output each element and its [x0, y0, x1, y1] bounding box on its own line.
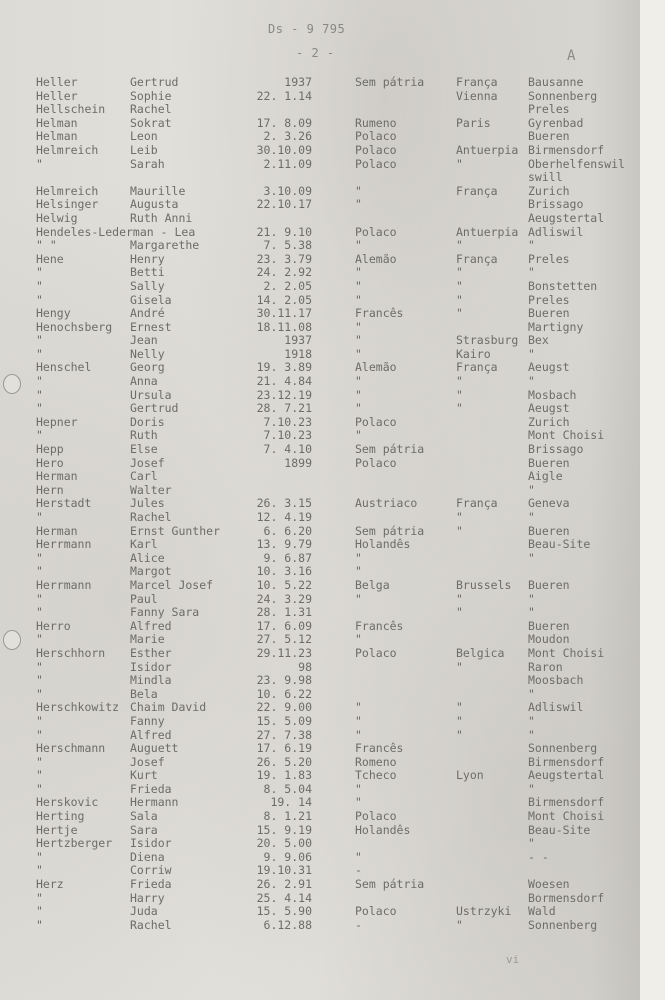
table-row: "Harry25. 4.14Bormensdorf — [0, 892, 640, 906]
first-name-cell: Frieda — [130, 878, 172, 892]
table-row: HelmanSokrat17. 8.09RumenoParisGyrenbad — [0, 117, 640, 131]
birth-date-cell: 6.12.88 — [200, 919, 312, 933]
first-name-cell: Leon — [130, 130, 158, 144]
nationality-cell: Romeno — [355, 756, 397, 770]
residence-cell: Kairo — [456, 348, 491, 362]
birth-date-cell: 19.10.31 — [200, 864, 312, 878]
nationality-cell: - — [355, 864, 362, 878]
nationality-cell: " — [355, 348, 362, 362]
birth-date-cell: 28. 1.31 — [200, 606, 312, 620]
table-row: HertingSala8. 1.21PolacoMont Choisi — [0, 810, 640, 824]
first-name-cell: Doris — [130, 416, 165, 430]
first-name-cell: Anna — [130, 375, 158, 389]
birth-date-cell: 20. 5.00 — [200, 837, 312, 851]
residence-cell: " — [456, 389, 463, 403]
table-row: "Nelly1918"Kairo" — [0, 348, 640, 362]
table-row: " "Margarethe7. 5.38""" — [0, 239, 640, 253]
table-row: HernWalter" — [0, 484, 640, 498]
birth-date-cell: 21. 4.84 — [200, 375, 312, 389]
surname-cell: " — [36, 729, 43, 743]
table-row: HerstadtJules26. 3.15AustriacoFrançaGene… — [0, 497, 640, 511]
first-name-cell: Harry — [130, 892, 165, 906]
swiss-location-cell: Bueren — [528, 457, 570, 471]
surname-cell: Hertzberger — [36, 837, 112, 851]
swiss-location-cell: Beau-Site — [528, 824, 590, 838]
swiss-location-cell: Bonstetten — [528, 280, 597, 294]
table-row: HellscheinRachelPreles — [0, 103, 640, 117]
swiss-location-cell: Brissago — [528, 443, 583, 457]
birth-date-cell: 17. 8.09 — [200, 117, 312, 131]
surname-cell: " — [36, 715, 43, 729]
nationality-cell: " — [355, 729, 362, 743]
surname-cell: " — [36, 905, 43, 919]
table-row: "Gisela14. 2.05""Preles — [0, 294, 640, 308]
birth-date-cell: 19. 1.83 — [200, 769, 312, 783]
first-name-cell: Sally — [130, 280, 165, 294]
surname-cell: Herman — [36, 470, 78, 484]
surname-cell: " — [36, 375, 43, 389]
swiss-location-cell: Aigle — [528, 470, 563, 484]
surname-cell: Helman — [36, 117, 78, 131]
first-name-cell: Kurt — [130, 769, 158, 783]
swiss-location-cell: Adliswil — [528, 701, 583, 715]
residence-cell: França — [456, 185, 498, 199]
table-row: HelwigRuth AnniAeugstertal — [0, 212, 640, 226]
nationality-cell: Francês — [355, 742, 403, 756]
birth-date-cell: 26. 3.15 — [200, 497, 312, 511]
birth-date-cell: 8. 1.21 — [200, 810, 312, 824]
birth-date-cell: 1937 — [200, 334, 312, 348]
surname-cell: " — [36, 429, 43, 443]
page-number: - 2 - — [296, 46, 335, 60]
nationality-cell: " — [355, 239, 362, 253]
table-row: "Corriw19.10.31- — [0, 864, 640, 878]
birth-date-cell: 15. 5.90 — [200, 905, 312, 919]
birth-date-cell: 10. 3.16 — [200, 565, 312, 579]
surname-cell: Herschkowitz — [36, 701, 119, 715]
birth-date-cell: 1937 — [200, 76, 312, 90]
surname-cell: " — [36, 606, 43, 620]
table-row: "Diena9. 9.06"- - — [0, 851, 640, 865]
swiss-location-cell: " — [528, 837, 535, 851]
residence-cell: " — [456, 511, 463, 525]
surname-cell: Hellschein — [36, 103, 105, 117]
surname-cell: Hero — [36, 457, 64, 471]
first-name-cell: Ernest — [130, 321, 172, 335]
residence-cell: " — [456, 701, 463, 715]
table-row: HeppElse7. 4.10Sem pátriaBrissago — [0, 443, 640, 457]
birth-date-cell: 2. 3.26 — [200, 130, 312, 144]
surname-cell: " — [36, 389, 43, 403]
first-name-cell: Fanny Sara — [130, 606, 199, 620]
residence-cell: França — [456, 497, 498, 511]
first-name-cell: Josef — [130, 756, 165, 770]
birth-date-cell: 3.10.09 — [200, 185, 312, 199]
residence-cell: " — [456, 729, 463, 743]
table-row: "Betti24. 2.92""" — [0, 266, 640, 280]
table-row: HerschmannAuguett17. 6.19FrancêsSonnenbe… — [0, 742, 640, 756]
first-name-cell: Corriw — [130, 864, 172, 878]
surname-cell: Hern — [36, 484, 64, 498]
table-row: HelsingerAugusta22.10.17"Brissago — [0, 198, 640, 212]
name-list: HellerGertrud1937Sem pátriaFrançaBausann… — [0, 76, 640, 932]
birth-date-cell: 23. 9.98 — [200, 674, 312, 688]
surname-cell: Helsinger — [36, 198, 98, 212]
first-name-cell: Betti — [130, 266, 165, 280]
nationality-cell: " — [355, 389, 362, 403]
surname-cell: Hepner — [36, 416, 78, 430]
nationality-cell: " — [355, 715, 362, 729]
table-row: "Josef26. 5.20RomenoBirmensdorf — [0, 756, 640, 770]
birth-date-cell: 19. 14 — [200, 796, 312, 810]
nationality-cell: Tcheco — [355, 769, 397, 783]
swiss-location-cell: Birmensdorf — [528, 756, 604, 770]
swiss-location-cell: Zurich — [528, 185, 570, 199]
swiss-location-cell: " — [528, 348, 535, 362]
birth-date-cell: 10. 5.22 — [200, 579, 312, 593]
first-name-cell: Juda — [130, 905, 158, 919]
surname-cell: " — [36, 688, 43, 702]
table-row: HermanErnst Gunther6. 6.20Sem pátria"Bue… — [0, 525, 640, 539]
table-row: swill — [0, 171, 640, 185]
table-row: "Gertrud28. 7.21""Aeugst — [0, 402, 640, 416]
swiss-location-cell: Mont Choisi — [528, 647, 604, 661]
surname-cell: Helwig — [36, 212, 78, 226]
surname-cell: " — [36, 266, 43, 280]
table-row: Hendeles-Lederman - Lea21. 9.10PolacoAnt… — [0, 226, 640, 240]
first-name-cell: Nelly — [130, 348, 165, 362]
swiss-location-cell: Martigny — [528, 321, 583, 335]
table-row: "Alice9. 6.87"" — [0, 552, 640, 566]
nationality-cell: Polaco — [355, 647, 397, 661]
birth-date-cell: 30.10.09 — [200, 144, 312, 158]
surname-cell: " " — [36, 239, 57, 253]
table-row: "Bela10. 6.22" — [0, 688, 640, 702]
birth-date-cell: 6. 6.20 — [200, 525, 312, 539]
swiss-location-cell: Moosbach — [528, 674, 583, 688]
birth-date-cell: 7.10.23 — [200, 429, 312, 443]
birth-date-cell: 7.10.23 — [200, 416, 312, 430]
surname-cell: Herrmann — [36, 579, 91, 593]
swiss-location-cell: Birmensdorf — [528, 796, 604, 810]
birth-date-cell: 28. 7.21 — [200, 402, 312, 416]
swiss-location-cell: Sonnenberg — [528, 742, 597, 756]
nationality-cell: " — [355, 198, 362, 212]
first-name-cell: Augusta — [130, 198, 178, 212]
first-name-cell: Sophie — [130, 90, 172, 104]
surname-cell: Hengy — [36, 307, 71, 321]
residence-cell: Strasburg — [456, 334, 518, 348]
first-name-cell: Paul — [130, 593, 158, 607]
nationality-cell: Austriaco — [355, 497, 417, 511]
birth-date-cell: 23. 3.79 — [200, 253, 312, 267]
nationality-cell: Holandês — [355, 824, 410, 838]
first-name-cell: Alfred — [130, 729, 172, 743]
first-name-cell: Frieda — [130, 783, 172, 797]
surname-cell: " — [36, 756, 43, 770]
first-name-cell: Isidor — [130, 661, 172, 675]
residence-cell: " — [456, 266, 463, 280]
first-name-cell: Ruth Anni — [130, 212, 192, 226]
residence-cell: França — [456, 361, 498, 375]
birth-date-cell: 14. 2.05 — [200, 294, 312, 308]
birth-date-cell: 22. 9.00 — [200, 701, 312, 715]
nationality-cell: Polaco — [355, 226, 397, 240]
nationality-cell: " — [355, 796, 362, 810]
first-name-cell: Jules — [130, 497, 165, 511]
table-row: "Ruth7.10.23"Mont Choisi — [0, 429, 640, 443]
first-name-cell: Fanny — [130, 715, 165, 729]
surname-cell: Herro — [36, 620, 71, 634]
swiss-location-cell: " — [528, 606, 535, 620]
surname-cell: Hendeles-Lederman - Lea — [36, 226, 195, 240]
table-row: "Alfred27. 7.38""" — [0, 729, 640, 743]
nationality-cell: Sem pátria — [355, 443, 424, 457]
nationality-cell: Polaco — [355, 130, 397, 144]
swiss-location-cell: Adliswil — [528, 226, 583, 240]
residence-cell: " — [456, 606, 463, 620]
residence-cell: França — [456, 253, 498, 267]
birth-date-cell: 7. 5.38 — [200, 239, 312, 253]
nationality-cell: Sem pátria — [355, 878, 424, 892]
first-name-cell: Rachel — [130, 511, 172, 525]
first-name-cell: Henry — [130, 253, 165, 267]
residence-cell: " — [456, 280, 463, 294]
nationality-cell: Francês — [355, 620, 403, 634]
table-row: HelmreichMaurille3.10.09"FrançaZurich — [0, 185, 640, 199]
nationality-cell: " — [355, 783, 362, 797]
residence-cell: " — [456, 715, 463, 729]
first-name-cell: Diena — [130, 851, 165, 865]
residence-cell: Belgica — [456, 647, 504, 661]
nationality-cell: " — [355, 334, 362, 348]
table-row: HerrmannKarl13. 9.79HolandêsBeau-Site — [0, 538, 640, 552]
birth-date-cell: 98 — [200, 661, 312, 675]
swiss-location-cell: Bormensdorf — [528, 892, 604, 906]
surname-cell: " — [36, 334, 43, 348]
swiss-location-cell: Aeugst — [528, 361, 570, 375]
swiss-location-cell: " — [528, 783, 535, 797]
first-name-cell: Rachel — [130, 919, 172, 933]
birth-date-cell: 17. 6.09 — [200, 620, 312, 634]
birth-date-cell: 1918 — [200, 348, 312, 362]
swiss-location-cell: Raron — [528, 661, 563, 675]
surname-cell: Henschel — [36, 361, 91, 375]
residence-cell: Ustrzyki — [456, 905, 511, 919]
table-row: HertjeSara15. 9.19HolandêsBeau-Site — [0, 824, 640, 838]
first-name-cell: Gisela — [130, 294, 172, 308]
surname-cell: " — [36, 919, 43, 933]
swiss-location-cell: " — [528, 375, 535, 389]
residence-cell: Antuerpia — [456, 144, 518, 158]
first-name-cell: Margot — [130, 565, 172, 579]
surname-cell: " — [36, 348, 43, 362]
swiss-location-cell: Woesen — [528, 878, 570, 892]
surname-cell: Herstadt — [36, 497, 91, 511]
swiss-location-cell: - - — [528, 851, 549, 865]
first-name-cell: André — [130, 307, 165, 321]
birth-date-cell: 7. 4.10 — [200, 443, 312, 457]
surname-cell: Helman — [36, 130, 78, 144]
nationality-cell: " — [355, 280, 362, 294]
residence-cell: Lyon — [456, 769, 484, 783]
first-name-cell: Georg — [130, 361, 165, 375]
table-row: "Paul24. 3.29""" — [0, 593, 640, 607]
table-row: HengyAndré30.11.17Francês"Bueren — [0, 307, 640, 321]
nationality-cell: " — [355, 321, 362, 335]
residence-cell: " — [456, 375, 463, 389]
birth-date-cell: 17. 6.19 — [200, 742, 312, 756]
nationality-cell: Polaco — [355, 144, 397, 158]
first-name-cell: Josef — [130, 457, 165, 471]
surname-cell: " — [36, 769, 43, 783]
swiss-location-cell: Moudon — [528, 633, 570, 647]
nationality-cell: Francês — [355, 307, 403, 321]
swiss-location-cell: Brissago — [528, 198, 583, 212]
table-row: "Ursula23.12.19""Mosbach — [0, 389, 640, 403]
swiss-location-cell: Bueren — [528, 579, 570, 593]
first-name-cell: Sara — [130, 824, 158, 838]
nationality-cell: " — [355, 429, 362, 443]
surname-cell: Herschmann — [36, 742, 105, 756]
table-row: HellerGertrud1937Sem pátriaFrançaBausann… — [0, 76, 640, 90]
surname-cell: Herz — [36, 878, 64, 892]
table-row: HelmanLeon2. 3.26PolacoBueren — [0, 130, 640, 144]
first-name-cell: Hermann — [130, 796, 178, 810]
table-row: HenochsbergErnest18.11.08"Martigny — [0, 321, 640, 335]
birth-date-cell: 27. 5.12 — [200, 633, 312, 647]
swiss-location-cell: Bex — [528, 334, 549, 348]
surname-cell: Hertje — [36, 824, 78, 838]
birth-date-cell: 30.11.17 — [200, 307, 312, 321]
birth-date-cell: 19. 3.89 — [200, 361, 312, 375]
first-name-cell: Auguett — [130, 742, 178, 756]
table-row: HerrmannMarcel Josef10. 5.22BelgaBrussel… — [0, 579, 640, 593]
residence-cell: Antuerpia — [456, 226, 518, 240]
swiss-location-cell: Bueren — [528, 525, 570, 539]
residence-cell: " — [456, 294, 463, 308]
surname-cell: Heller — [36, 76, 78, 90]
nationality-cell: Polaco — [355, 416, 397, 430]
surname-cell: Hene — [36, 253, 64, 267]
nationality-cell: Holandês — [355, 538, 410, 552]
surname-cell: Hepp — [36, 443, 64, 457]
birth-date-cell: 9. 6.87 — [200, 552, 312, 566]
table-row: "Jean1937"StrasburgBex — [0, 334, 640, 348]
swiss-location-cell: Birmensdorf — [528, 144, 604, 158]
nationality-cell: " — [355, 593, 362, 607]
document-reference: Ds - 9 795 — [268, 22, 345, 36]
surname-cell: Henochsberg — [36, 321, 112, 335]
birth-date-cell: 15. 5.09 — [200, 715, 312, 729]
nationality-cell: " — [355, 552, 362, 566]
birth-date-cell: 29.11.23 — [200, 647, 312, 661]
first-name-cell: Jean — [130, 334, 158, 348]
swiss-location-cell: Preles — [528, 294, 570, 308]
swiss-location-cell: Aeugstertal — [528, 212, 604, 226]
nationality-cell: Alemão — [355, 253, 397, 267]
birth-date-cell: 26. 2.91 — [200, 878, 312, 892]
surname-cell: " — [36, 892, 43, 906]
table-row: "Fanny15. 5.09""" — [0, 715, 640, 729]
swiss-location-cell: " — [528, 593, 535, 607]
first-name-cell: Maurille — [130, 185, 185, 199]
birth-date-cell: 13. 9.79 — [200, 538, 312, 552]
table-row: HerschkowitzChaim David22. 9.00""Adliswi… — [0, 701, 640, 715]
table-row: "Sally2. 2.05""Bonstetten — [0, 280, 640, 294]
surname-cell: " — [36, 158, 43, 172]
birth-date-cell: 26. 5.20 — [200, 756, 312, 770]
swiss-location-cell: " — [528, 266, 535, 280]
first-name-cell: Sala — [130, 810, 158, 824]
birth-date-cell: 2. 2.05 — [200, 280, 312, 294]
nationality-cell: " — [355, 851, 362, 865]
nationality-cell: " — [355, 185, 362, 199]
surname-cell: Herman — [36, 525, 78, 539]
table-row: "Mindla23. 9.98Moosbach — [0, 674, 640, 688]
swiss-location-cell: " — [528, 511, 535, 525]
residence-cell: " — [456, 593, 463, 607]
surname-cell: " — [36, 661, 43, 675]
nationality-cell: Polaco — [355, 905, 397, 919]
birth-date-cell: 25. 4.14 — [200, 892, 312, 906]
nationality-cell: " — [355, 701, 362, 715]
birth-date-cell: 27. 7.38 — [200, 729, 312, 743]
residence-cell: " — [456, 307, 463, 321]
residence-cell: " — [456, 525, 463, 539]
first-name-cell: Margarethe — [130, 239, 199, 253]
surname-cell: " — [36, 294, 43, 308]
swiss-location-cell: " — [528, 715, 535, 729]
first-name-cell: Mindla — [130, 674, 172, 688]
nationality-cell: - — [355, 919, 362, 933]
nationality-cell: Alemão — [355, 361, 397, 375]
surname-cell: " — [36, 402, 43, 416]
page-edge — [640, 0, 665, 1000]
first-name-cell: Chaim David — [130, 701, 206, 715]
residence-cell: " — [456, 239, 463, 253]
swiss-location-cell: Beau-Site — [528, 538, 590, 552]
table-row: "Marie27. 5.12"Moudon — [0, 633, 640, 647]
surname-cell: Herschhorn — [36, 647, 105, 661]
birth-date-cell: 10. 6.22 — [200, 688, 312, 702]
table-row: "Anna21. 4.84""" — [0, 375, 640, 389]
birth-date-cell: 8. 5.04 — [200, 783, 312, 797]
birth-date-cell: 15. 9.19 — [200, 824, 312, 838]
nationality-cell: Polaco — [355, 810, 397, 824]
nationality-cell: " — [355, 266, 362, 280]
first-name-cell: Else — [130, 443, 158, 457]
surname-cell: Helmreich — [36, 144, 98, 158]
residence-cell: Paris — [456, 117, 491, 131]
table-row: "Juda15. 5.90PolacoUstrzykiWald — [0, 905, 640, 919]
first-name-cell: Alfred — [130, 620, 172, 634]
swiss-location-cell: Sonnenberg — [528, 90, 597, 104]
birth-date-cell: 2.11.09 — [200, 158, 312, 172]
first-name-cell: Alice — [130, 552, 165, 566]
nationality-cell: Sem pátria — [355, 525, 424, 539]
table-row: HenschelGeorg19. 3.89AlemãoFrançaAeugst — [0, 361, 640, 375]
surname-cell: Herrmann — [36, 538, 91, 552]
table-row: "Rachel12. 4.19"" — [0, 511, 640, 525]
first-name-cell: Carl — [130, 470, 158, 484]
table-row: HellerSophie22. 1.14ViennaSonnenberg — [0, 90, 640, 104]
swiss-location-cell: Aeugst — [528, 402, 570, 416]
footer-mark: vi — [506, 953, 519, 966]
table-row: HerschhornEsther29.11.23PolacoBelgicaMon… — [0, 647, 640, 661]
residence-cell: " — [456, 402, 463, 416]
swiss-location-cell: " — [528, 484, 535, 498]
